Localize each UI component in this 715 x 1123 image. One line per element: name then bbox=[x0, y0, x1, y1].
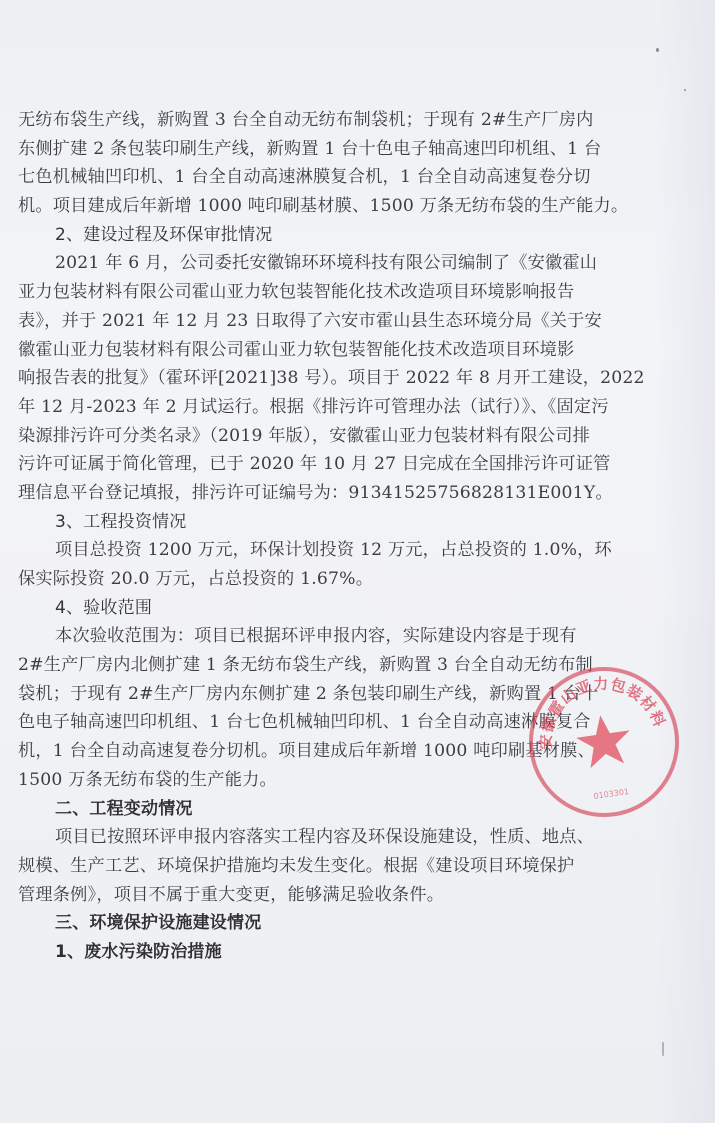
text-line: 东侧扩建 2 条包装印刷生产线，新购置 1 台十色电子轴高速凹印机组、1 台 bbox=[18, 135, 698, 164]
text-line: 项目总投资 1200 万元，环保计划投资 12 万元，占总投资的 1.0%，环 bbox=[18, 536, 698, 565]
text-line: 管理条例》，项目不属于重大变更，能够满足验收条件。 bbox=[18, 881, 698, 910]
text-line: 无纺布袋生产线，新购置 3 台全自动无纺布制袋机；于现有 2#生产厂房内 bbox=[18, 106, 698, 135]
text-line: 污许可证属于简化管理，已于 2020 年 10 月 27 日完成在全国排污许可证… bbox=[18, 450, 698, 479]
section-heading-wastewater: 1、废水污染防治措施 bbox=[18, 938, 698, 967]
text-line: 表》，并于 2021 年 12 月 23 日取得了六安市霍山县生态环境分局《关于… bbox=[18, 307, 698, 336]
text-line: 响报告表的批复》（霍环评[2021]38 号）。项目于 2022 年 8 月开工… bbox=[18, 364, 698, 393]
section-heading-construction-approval: 2、建设过程及环保审批情况 bbox=[18, 221, 698, 250]
text-line: 规模、生产工艺、环境保护措施均未发生变化。根据《建设项目环境保护 bbox=[18, 852, 698, 881]
text-line: 机。项目建成后年新增 1000 吨印刷基材膜、1500 万条无纺布袋的生产能力。 bbox=[18, 192, 698, 221]
text-line: 染源排污许可分类名录》（2019 年版），安徽霍山亚力包装材料有限公司排 bbox=[18, 422, 698, 451]
text-line-permit-number: 理信息平台登记填报，排污许可证编号为：91341525756828131E001… bbox=[18, 479, 698, 508]
text-line: 七色机械轴凹印机、1 台全自动高速淋膜复合机，1 台全自动高速复卷分切 bbox=[18, 163, 698, 192]
document-body: 无纺布袋生产线，新购置 3 台全自动无纺布制袋机；于现有 2#生产厂房内 东侧扩… bbox=[18, 106, 698, 967]
text-line: 徽霍山亚力包装材料有限公司霍山亚力软包装智能化技术改造项目环境影 bbox=[18, 336, 698, 365]
document-page: 无纺布袋生产线，新购置 3 台全自动无纺布制袋机；于现有 2#生产厂房内 东侧扩… bbox=[0, 0, 715, 1123]
text-line: 2021 年 6 月，公司委托安徽锦环环境科技有限公司编制了《安徽霍山 bbox=[18, 249, 698, 278]
section-heading-investment: 3、工程投资情况 bbox=[18, 508, 698, 537]
seal-code: 0103301 bbox=[593, 787, 630, 801]
section-heading-env-facilities: 三、环境保护设施建设情况 bbox=[18, 909, 698, 938]
text-line: 本次验收范围为：项目已根据环评申报内容，实际建设内容是于现有 bbox=[18, 622, 698, 651]
text-line: 年 12 月-2023 年 2 月试运行。根据《排污许可管理办法（试行）》、《固… bbox=[18, 393, 698, 422]
text-line: 保实际投资 20.0 万元，占总投资的 1.67%。 bbox=[18, 565, 698, 594]
section-heading-acceptance-scope: 4、验收范围 bbox=[18, 594, 698, 623]
text-line: 项目已按照环评申报内容落实工程内容及环保设施建设，性质、地点、 bbox=[18, 823, 698, 852]
text-line: 亚力包装材料有限公司霍山亚力软包装智能化技术改造项目环境影响报告 bbox=[18, 278, 698, 307]
paper-speck bbox=[656, 48, 659, 52]
company-seal: 安徽霍山亚力包装材料有限公司 0103301 bbox=[519, 657, 688, 826]
seal-star-icon: 安徽霍山亚力包装材料有限公司 0103301 bbox=[524, 662, 684, 822]
paper-speck bbox=[662, 1042, 664, 1056]
paper-speck bbox=[684, 89, 686, 91]
